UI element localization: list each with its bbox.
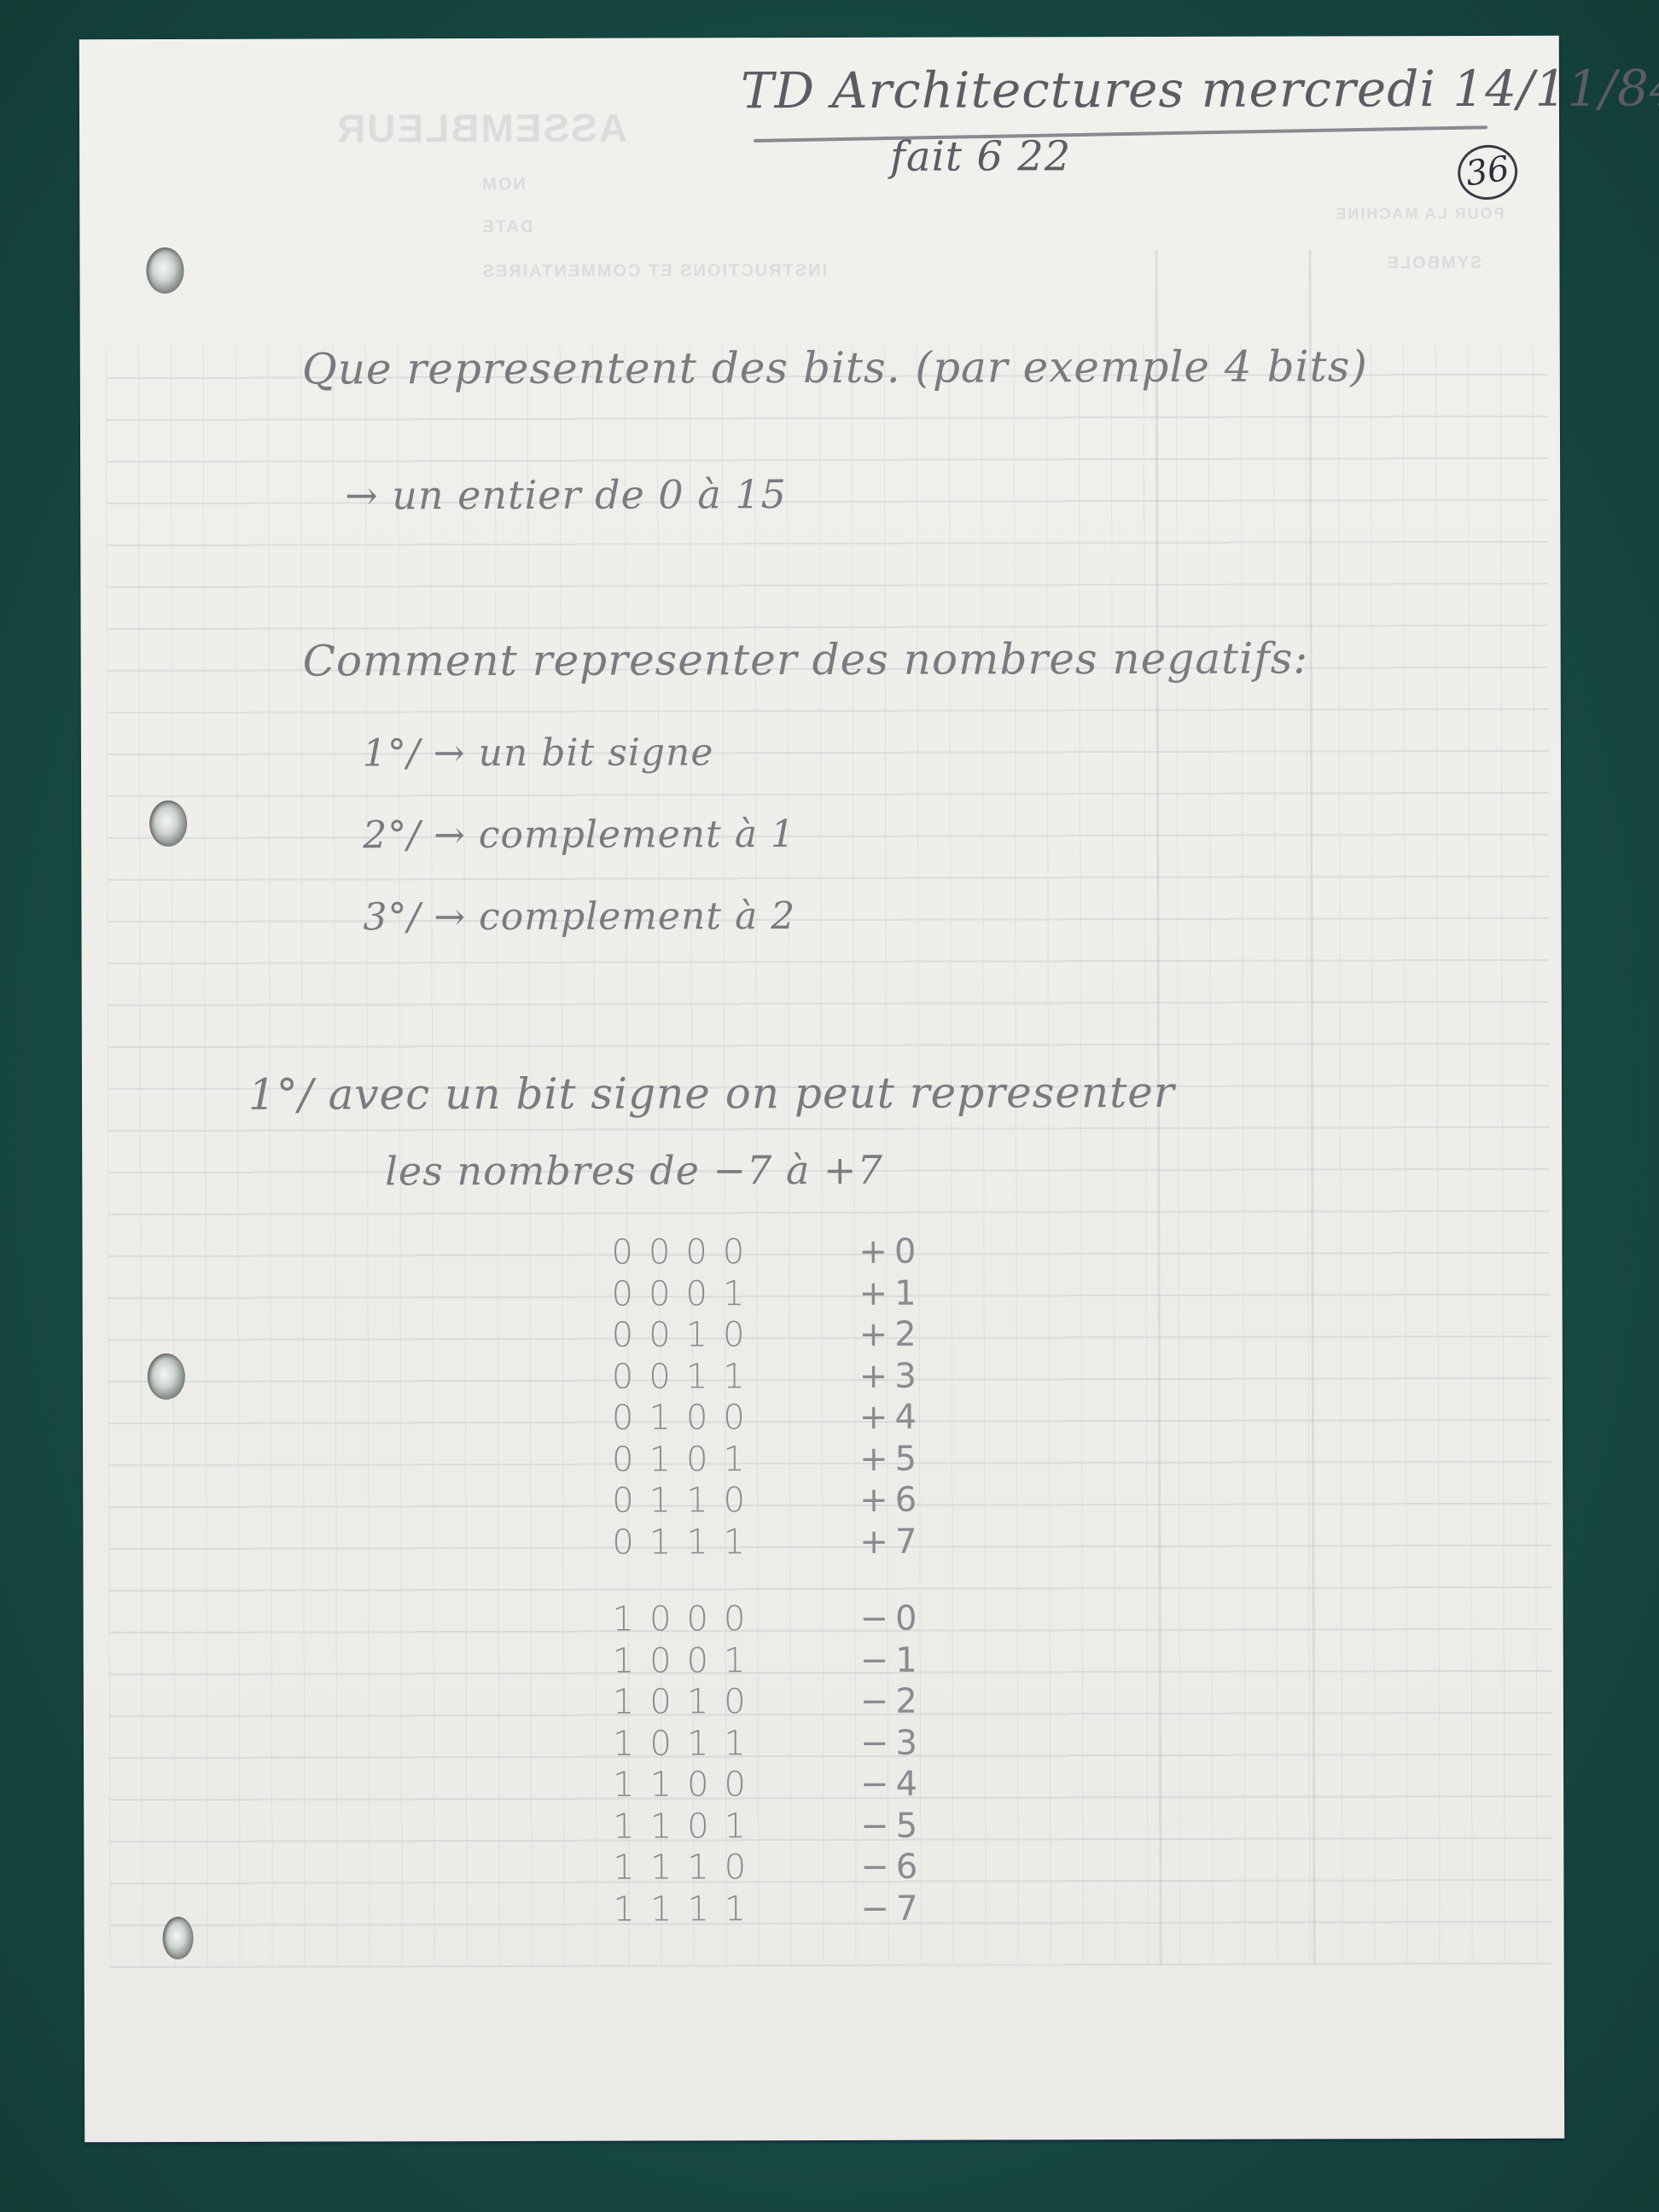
value-cell: +6 <box>859 1481 923 1520</box>
value-cell: −3 <box>860 1723 924 1762</box>
bits-cell: 1000 <box>613 1599 761 1639</box>
section-line: les nombres de −7 à +7 <box>385 1147 883 1195</box>
bits-cell: 0101 <box>612 1440 760 1479</box>
bits-cell: 0111 <box>612 1522 760 1562</box>
bits-cell: 0000 <box>611 1232 760 1272</box>
value-cell: −7 <box>860 1889 924 1928</box>
bits-cell: 1010 <box>613 1682 761 1721</box>
bits-cell: 0100 <box>612 1398 760 1437</box>
bits-cell: 0110 <box>612 1481 760 1520</box>
section-line: 1°/ avec un bit signe on peut represente… <box>248 1068 1175 1120</box>
ghost-form-title: ASSEMBLEUR <box>335 105 627 152</box>
value-cell: −4 <box>860 1765 924 1804</box>
bits-cell: 0010 <box>612 1315 760 1354</box>
value-cell: −1 <box>860 1640 924 1679</box>
value-cell: +3 <box>859 1356 923 1395</box>
punch-hole <box>146 247 183 294</box>
sign-magnitude-table-negative: 1000−0 1001−1 1010−2 1011−3 1100−4 1101−… <box>613 1600 614 1931</box>
punch-hole <box>163 1917 194 1959</box>
sign-magnitude-table-positive: 0000+0 0001+1 0010+2 0011+3 0100+4 0101+… <box>611 1233 612 1564</box>
bits-cell: 1011 <box>613 1724 761 1763</box>
bits-cell: 1100 <box>613 1765 761 1804</box>
ghost-column-right: POUR LA MACHINE <box>1334 205 1504 224</box>
bits-cell: 1111 <box>613 1889 761 1929</box>
title-underline <box>754 125 1487 143</box>
paper-sheet: ASSEMBLEUR NOM DATE INSTRUCTIONS ET COMM… <box>79 36 1564 2143</box>
bits-cell: 1001 <box>613 1641 761 1680</box>
page-subtitle: fait 6 22 <box>890 132 1071 181</box>
bits-cell: 0001 <box>612 1274 760 1313</box>
value-cell: +2 <box>859 1315 923 1354</box>
ghost-field-date: DATE <box>480 218 533 237</box>
value-cell: +7 <box>859 1522 923 1561</box>
value-cell: −0 <box>860 1599 924 1639</box>
page-number-badge: 36 <box>1454 141 1521 203</box>
question-line: Que representent des bits. (par exemple … <box>302 341 1368 393</box>
value-cell: −5 <box>860 1806 924 1845</box>
ghost-field-nom: NOM <box>480 175 526 195</box>
value-cell: −6 <box>860 1848 924 1887</box>
list-item: 2°/ → complement à 1 <box>363 812 795 857</box>
page-title: TD Architectures mercredi 14/11/84 <box>741 59 1659 119</box>
ghost-column-instructions: INSTRUCTIONS ET COMMENTAIRES <box>480 261 827 282</box>
punch-hole <box>149 800 187 847</box>
value-cell: +1 <box>859 1273 923 1313</box>
bits-cell: 1101 <box>613 1807 761 1846</box>
value-cell: +5 <box>859 1439 923 1478</box>
value-cell: +4 <box>859 1398 923 1437</box>
list-item: 3°/ → complement à 2 <box>363 894 795 939</box>
bits-cell: 1110 <box>613 1848 761 1887</box>
answer-line: → un entier de 0 à 15 <box>345 471 787 518</box>
list-item: 1°/ → un bit signe <box>363 731 714 775</box>
value-cell: +0 <box>859 1232 923 1272</box>
punch-hole <box>148 1353 185 1400</box>
value-cell: −2 <box>860 1682 924 1721</box>
bits-cell: 0011 <box>612 1357 760 1396</box>
ghost-column-symbole: SYMBOLE <box>1385 253 1481 273</box>
question-line: Comment representer des nombres negatifs… <box>303 634 1309 686</box>
